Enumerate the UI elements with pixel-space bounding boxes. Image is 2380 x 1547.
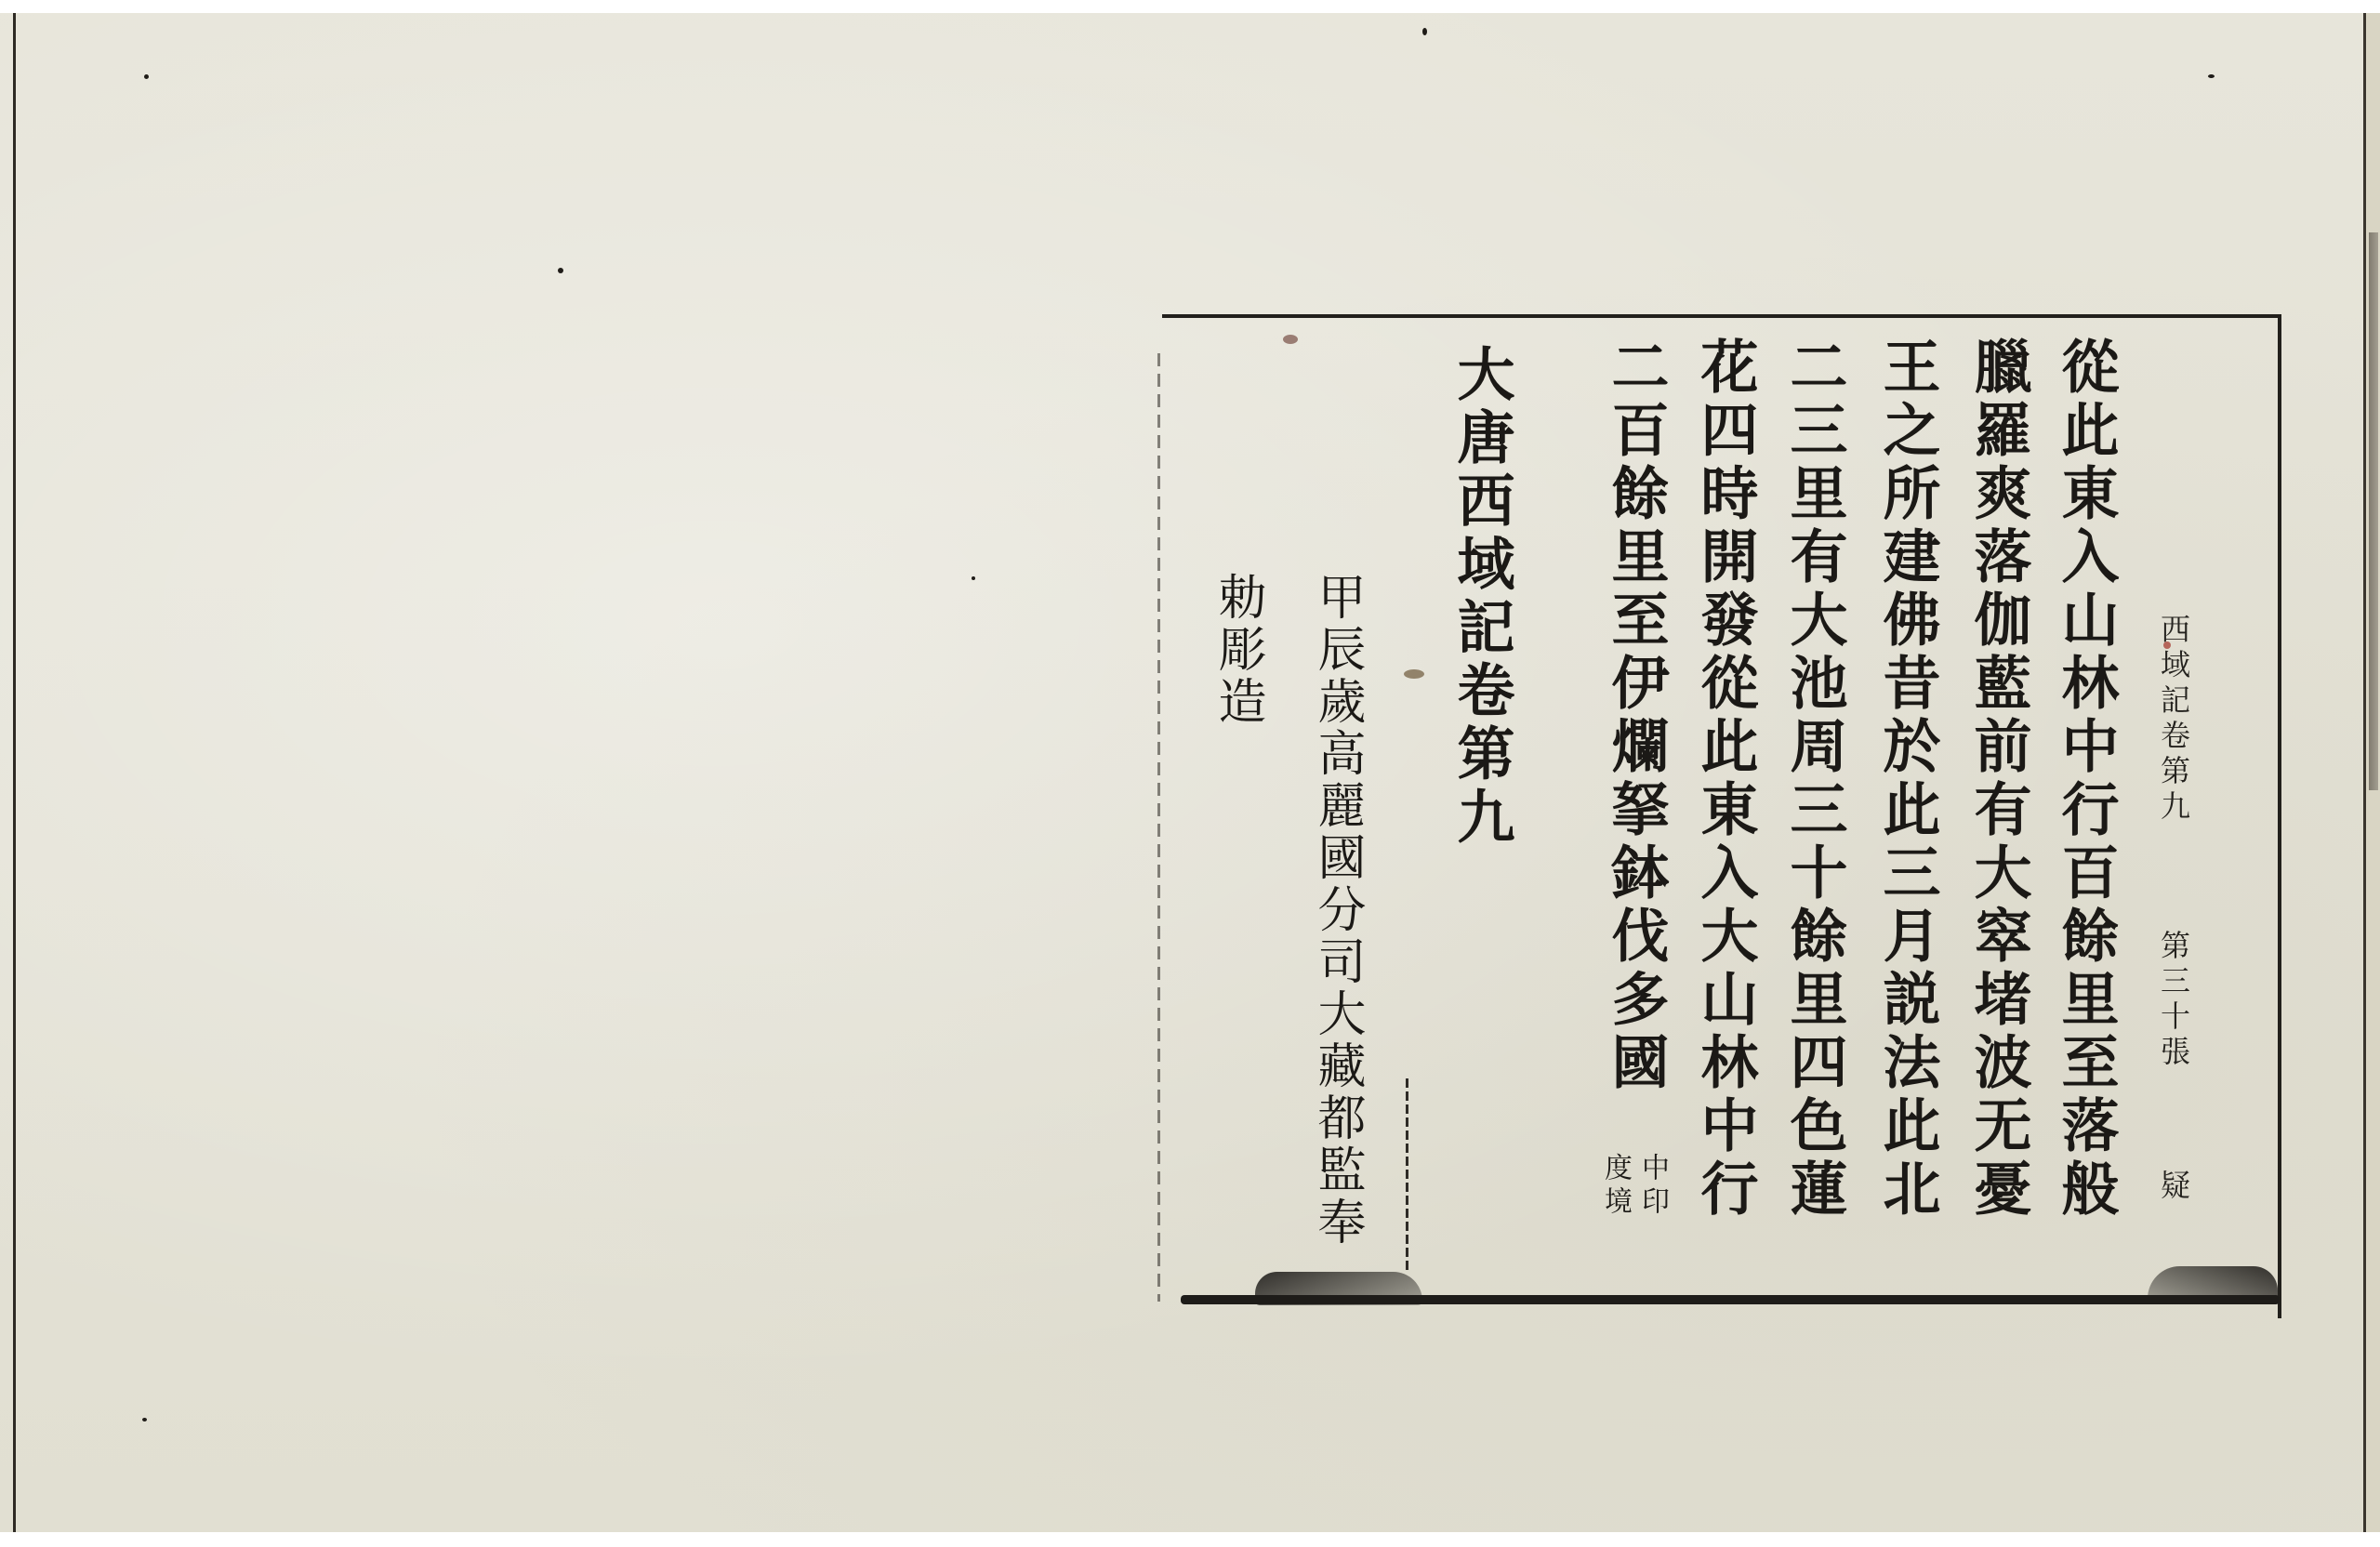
print-frame-right [2278, 314, 2281, 1318]
print-frame-left [1157, 353, 1160, 1302]
text-column-4: 二三里有大池周三十餘里四色蓮 [1785, 337, 1843, 1222]
annotation-right-line: 中印 [1638, 1153, 1666, 1220]
colophon-line-2: 勅彫造 [1213, 572, 1262, 728]
paper-speck [1422, 28, 1427, 35]
colophon-divider-line [1406, 1078, 1408, 1274]
text-column-2: 臘羅爽落伽藍前有大窣堵波无憂 [1969, 337, 2027, 1222]
ink-smear-right [2148, 1266, 2278, 1303]
paper-stain [1404, 669, 1424, 679]
margin-label: 西域記卷第九 第三十張 疑 [2159, 614, 2188, 1205]
paper-speck [972, 576, 975, 580]
margin-mark: 疑 [2156, 1170, 2191, 1205]
colophon-line-1: 甲辰歲高麗國分司大藏都監奉 [1313, 572, 1361, 1249]
text-column-1: 從此東入山林中行百餘里至落般 [2056, 337, 2114, 1222]
print-frame-top [1162, 314, 2280, 318]
text-column-3: 王之所建佛昔於此三月説法此北 [1878, 337, 1936, 1222]
fold-ink-smudge [2369, 232, 2378, 790]
margin-sheet-number: 第三十張 [2156, 930, 2191, 1071]
closing-title: 大唐西域記卷第九 [1452, 344, 1510, 850]
paper-stain [2163, 641, 2171, 649]
text-column-5: 花四時開發從此東入大山林中行 [1696, 337, 1753, 1222]
paper-speck [144, 74, 149, 79]
paper-speck [558, 268, 563, 273]
annotation-left-line: 度境 [1601, 1153, 1629, 1220]
paper-speck [142, 1418, 147, 1421]
ink-smear-left [1255, 1272, 1422, 1305]
paper-speck [2208, 74, 2215, 78]
text-column-6: 二百餘里至伊爛拏鉢伐多國 [1606, 337, 1664, 1095]
page-edge-left [13, 13, 16, 1532]
paper-stain [1283, 335, 1298, 344]
margin-title: 西域記卷第九 [2156, 614, 2191, 826]
